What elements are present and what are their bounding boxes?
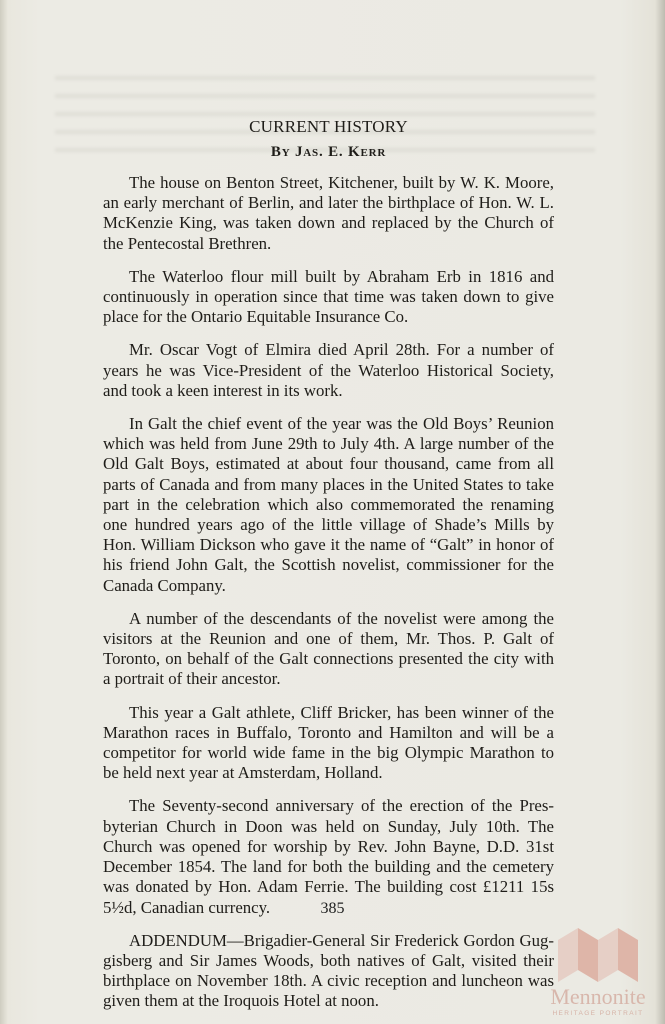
paragraph: This year a Galt athlete, Cliff Bricker,… <box>103 703 554 784</box>
article: CURRENT HISTORY By Jas. E. Kerr The hous… <box>103 112 554 1024</box>
paragraph: Mr. Oscar Vogt of Elmira died April 28th… <box>103 340 554 401</box>
page-number: 385 <box>0 900 665 918</box>
watermark: Mennonite HERITAGE PORTRAIT <box>536 928 660 1020</box>
paragraph: In Galt the chief event of the year was … <box>103 414 554 596</box>
paragraph: A number of the descendants of the novel… <box>103 609 554 690</box>
article-title: CURRENT HISTORY <box>103 117 554 142</box>
paragraph: ADDENDUM—Brigadier-General Sir Frederick… <box>103 931 554 1012</box>
article-byline: By Jas. E. Kerr <box>103 142 554 164</box>
mennonite-m-logo-icon <box>558 928 638 982</box>
paragraph: The house on Benton Street, Kitchener, b… <box>103 173 554 254</box>
scanned-page: CURRENT HISTORY By Jas. E. Kerr The hous… <box>0 0 665 1024</box>
watermark-subtitle: HERITAGE PORTRAIT <box>536 1010 660 1017</box>
paragraph: The Waterloo flour mill built by Abraham… <box>103 267 554 328</box>
watermark-name: Mennonite <box>536 984 660 1010</box>
